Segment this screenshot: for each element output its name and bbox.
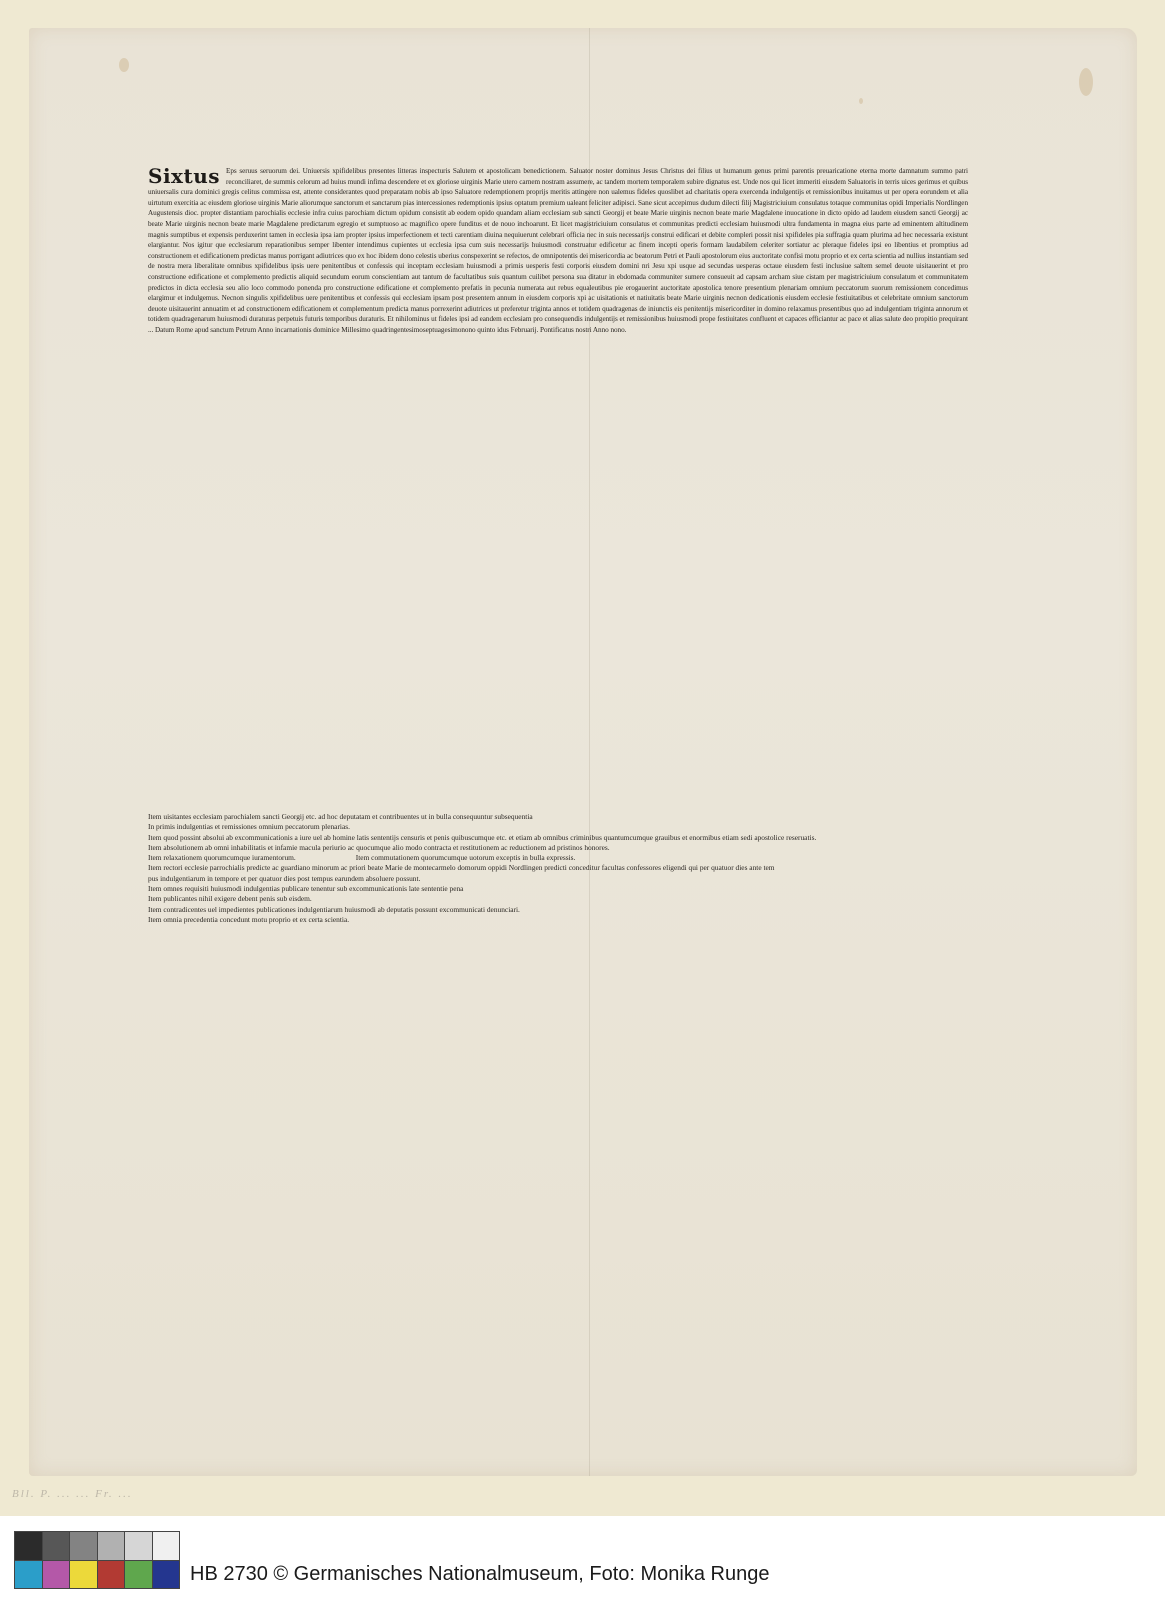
list-item: Item omnia precedentia concedunt motu pr…: [148, 915, 928, 925]
bull-text-block: Sixtus Eps seruus seruorum dei. Uniuersi…: [148, 166, 968, 336]
list-item: Item contradicentes uel impedientes publ…: [148, 905, 928, 915]
pencil-annotation: Bll. P. ... ... Fr. ...: [12, 1488, 133, 1500]
gray-patch: [153, 1532, 180, 1560]
bull-main-text: Eps seruus seruorum dei. Uniuersis xpifi…: [148, 167, 968, 334]
list-item: Item absolutionem ab omni inhabilitatis …: [148, 843, 928, 853]
color-patch-red: [98, 1561, 125, 1589]
photo-credit-caption: HB 2730 © Germanisches Nationalmuseum, F…: [190, 1563, 769, 1586]
list-item: Item publicantes nihil exigere debent pe…: [148, 894, 928, 904]
list-item: In primis indulgentias et remissiones om…: [148, 822, 928, 832]
list-item: Item uisitantes ecclesiam parochialem sa…: [148, 812, 928, 822]
bull-dating: Datum Rome apud sanctum Petrum Anno inca…: [155, 326, 626, 334]
indulgence-summary-list: Item uisitantes ecclesiam parochialem sa…: [148, 812, 928, 925]
list-item: Item relaxationem quorumcumque iuramento…: [148, 853, 928, 863]
list-item: Item omnes requisiti huiusmodi indulgent…: [148, 884, 928, 894]
gray-patch: [15, 1532, 42, 1560]
list-item: Item rectori ecclesie parrochialis predi…: [148, 863, 928, 873]
color-patch-yellow: [70, 1561, 97, 1589]
initial-sixtus: Sixtus: [148, 166, 220, 186]
color-patch-magenta: [43, 1561, 70, 1589]
gray-patch: [98, 1532, 125, 1560]
color-patch-green: [125, 1561, 152, 1589]
gray-patch: [125, 1532, 152, 1560]
color-patch-blue: [153, 1561, 180, 1589]
stain: [859, 98, 863, 104]
color-patch-cyan: [15, 1561, 42, 1589]
gray-patch: [43, 1532, 70, 1560]
list-item: pus indulgentiarum in tempore et per qua…: [148, 874, 928, 884]
color-calibration-chart: [14, 1531, 180, 1589]
stain: [1079, 68, 1093, 96]
stain: [119, 58, 129, 72]
bull-body: Eps seruus seruorum dei. Uniuersis xpifi…: [148, 166, 968, 336]
gray-patch: [70, 1532, 97, 1560]
list-item: Item quod possint absolui ab excommunica…: [148, 833, 928, 843]
